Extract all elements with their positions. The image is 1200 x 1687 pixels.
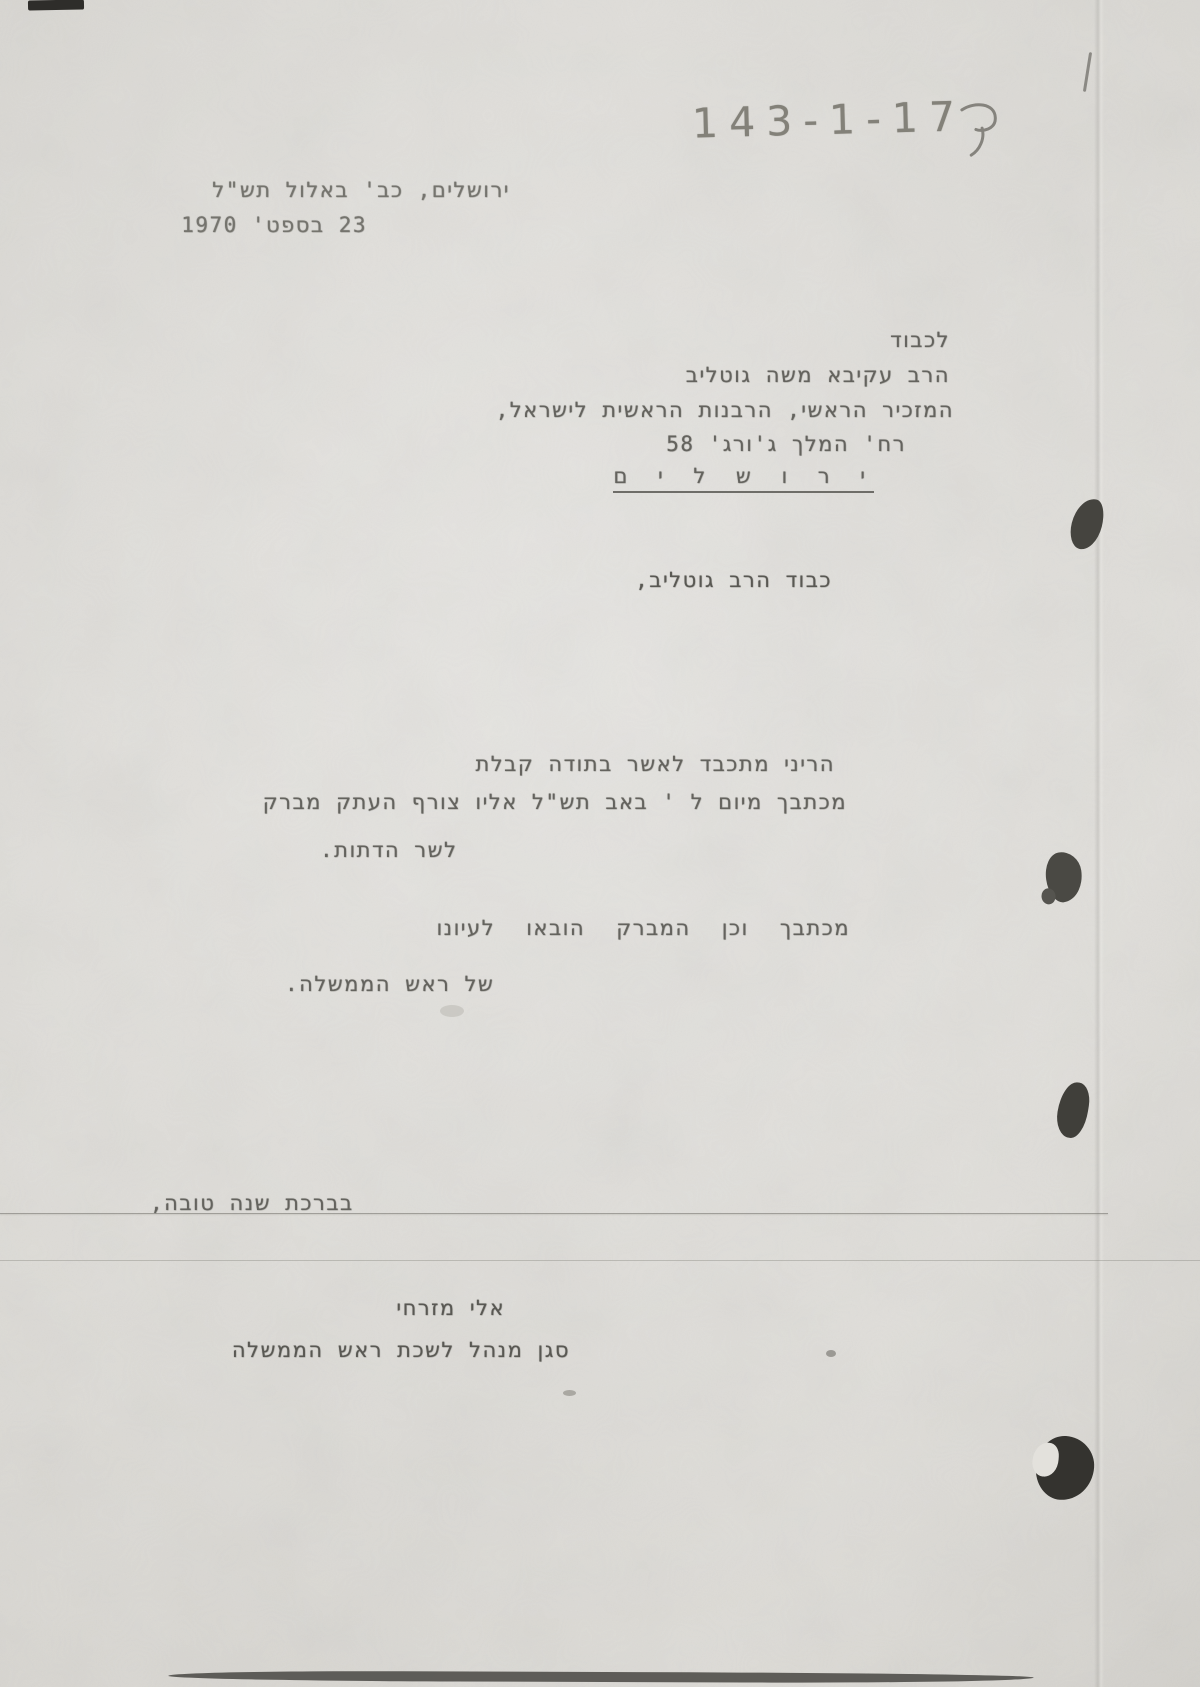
recipient-street: רח' המלך ג'ורג' 58 xyxy=(666,432,906,456)
recipient-name: הרב עקיבא משה גוטליב xyxy=(686,363,950,387)
recipient-city: י ר ו ש ל י ם xyxy=(613,464,874,493)
faint-scan-line xyxy=(0,1260,1200,1261)
ink-blob-3 xyxy=(1054,1080,1092,1140)
body-p1-line1: הריני מתכבד לאשר בתודה קבלת xyxy=(475,752,835,776)
body-p1-line2: מכתבך מיום ל ' באב תש"ל אליו צורף העתק מ… xyxy=(263,790,847,814)
bottom-edge-streak xyxy=(167,1670,1035,1683)
hebrew-date-line: ירושלים, כב' באלול תש"ל xyxy=(212,178,510,202)
scan-vignette xyxy=(0,0,1200,1687)
body-p2-line2: של ראש הממשלה. xyxy=(285,972,494,996)
body-p2-line1: מכתבך וכן המברק הובאו לעיונו xyxy=(436,916,850,940)
body-p1-line3: לשר הדתות. xyxy=(320,838,457,862)
handwritten-flourish-mark xyxy=(949,95,1013,163)
paper-texture xyxy=(0,0,1200,1687)
page-edge-crease xyxy=(1094,0,1104,1687)
scratch-line xyxy=(0,1213,1108,1214)
ink-tick-mark xyxy=(1083,52,1092,92)
signature-title: סגן מנהל לשכת ראש הממשלה xyxy=(232,1338,570,1362)
recipient-title: המזכיר הראשי, הרבנות הראשית לישראל, xyxy=(496,398,954,422)
ink-blob-2 xyxy=(1043,850,1086,905)
greeting-line: כבוד הרב גוטליב, xyxy=(635,568,832,592)
top-edge-mark xyxy=(28,0,84,10)
paper-speck-2 xyxy=(563,1390,576,1396)
recipient-honorific: לכבוד xyxy=(890,328,950,352)
paper-speck-3 xyxy=(440,1005,464,1017)
ink-blob-4 xyxy=(1034,1434,1096,1502)
ink-blob-1 xyxy=(1066,495,1108,553)
civil-date-line: 23 בספט' 1970 xyxy=(181,213,367,237)
paper-speck-1 xyxy=(826,1350,836,1357)
handwritten-file-number: 143-1-17 xyxy=(691,92,966,147)
signature-name: אלי מזרחי xyxy=(396,1296,505,1320)
scanned-letter-page: 143-1-17 ירושלים, כב' באלול תש"ל 23 בספט… xyxy=(0,0,1200,1687)
closing-line: בברכת שנה טובה, xyxy=(150,1191,354,1215)
